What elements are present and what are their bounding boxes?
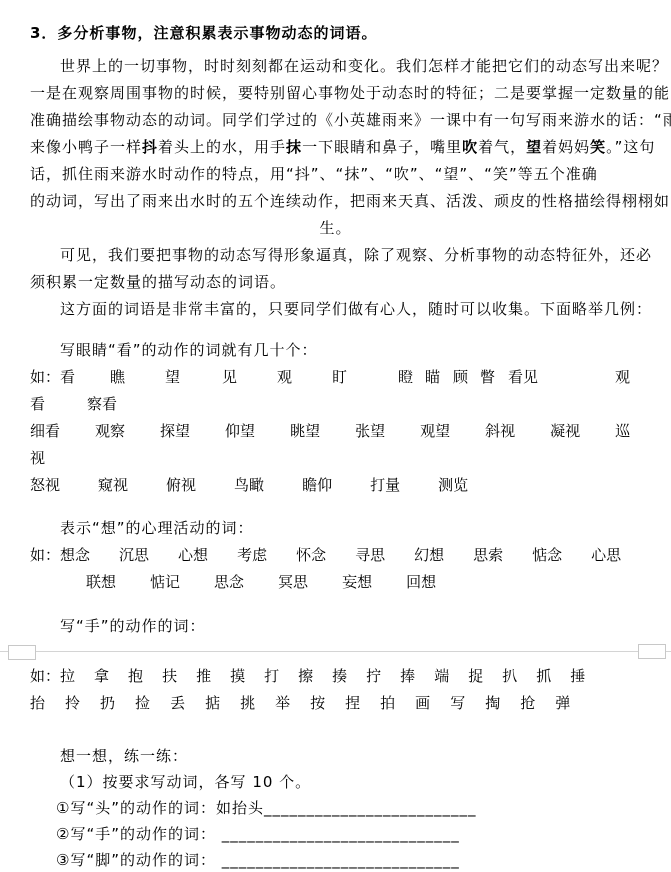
text-line: 来像小鸭子一样抖着头上的水，用手抹一下眼睛和鼻子，嘴里吹着气，望着妈妈笑。”这句 [30, 134, 641, 161]
word: 心思 [591, 542, 621, 569]
section-think-words: 表示“想”的心理活动的词： 如： 想念沉思心想考虑怀念寻思幻想思索惦念心思 联想… [30, 515, 641, 596]
word: 扶 [162, 663, 177, 690]
document-content: 3．多分析事物，注意积累表示事物动态的词语。 世界上的一切事物，时时刻刻都在运动… [0, 0, 671, 872]
word: 端 [434, 663, 449, 690]
hand-word-rows: 如： 拉拿抱扶推摸打擦揍拧捧端捉扒抓捶 抬拎扔捡丢掂挑举按捏拍画写掏抢弹 [30, 663, 641, 717]
word: 按 [310, 690, 325, 717]
section-see-words: 写眼睛“看”的动作的词就有几十个： 如： 看瞧望见观盯瞪瞄顾瞥看见观 看察看 细… [30, 337, 641, 499]
document-page: 3．多分析事物，注意积累表示事物动态的词语。 世界上的一切事物，时时刻刻都在运动… [0, 0, 671, 872]
text-line: 可见，我们要把事物的动态写得形象逼真，除了观察、分析事物的动态特征外，还必 [30, 242, 641, 269]
word: 视 [30, 445, 45, 472]
word: 弹 [555, 690, 570, 717]
word: 沉思 [119, 542, 149, 569]
word: 抬 [30, 690, 45, 717]
word: 瞻仰 [302, 472, 332, 499]
word: 想念 [60, 542, 90, 569]
word: 惦记 [150, 569, 180, 596]
word: 见 [222, 364, 277, 391]
word: 幻想 [414, 542, 444, 569]
word: 妄想 [342, 569, 372, 596]
word: 张望 [355, 418, 385, 445]
word: 凝视 [550, 418, 580, 445]
word: 瞄 [425, 364, 453, 391]
word: 观 [277, 364, 332, 391]
word-list: 怒视窥视俯视鸟瞰瞻仰打量测览 [30, 472, 468, 499]
word: 心想 [178, 542, 208, 569]
word: 写 [450, 690, 465, 717]
word: 窥视 [98, 472, 128, 499]
word: 瞥 [480, 364, 508, 391]
word: 推 [196, 663, 211, 690]
word: 细看 [30, 418, 60, 445]
text-line: 的动词，写出了雨来出水时的五个连续动作，把雨来天真、活泼、顽皮的性格描绘得栩栩如 [30, 188, 641, 215]
word: 怒视 [30, 472, 60, 499]
word: 看见 [508, 364, 615, 391]
word-list: 拉拿抱扶推摸打擦揍拧捧端捉扒抓捶 [60, 663, 585, 690]
word-list: 抬拎扔捡丢掂挑举按捏拍画写掏抢弹 [30, 690, 570, 717]
text-line: 准确描绘事物动态的动词。同学们学过的《小英雄雨来》一课中有一句写雨来游水的话：“… [30, 107, 641, 134]
word: 拧 [366, 663, 381, 690]
word: 擦 [298, 663, 313, 690]
word-row: 抬拎扔捡丢掂挑举按捏拍画写掏抢弹 [30, 690, 641, 717]
word: 瞧 [110, 364, 165, 391]
word-row: 看察看 [30, 391, 641, 418]
word: 俯视 [166, 472, 196, 499]
text-line: 须积累一定数量的描写动态的词语。 [30, 269, 641, 296]
word-list: 联想惦记思念冥思妄想回想 [86, 569, 436, 596]
word: 望 [165, 364, 222, 391]
word: 画 [415, 690, 430, 717]
word: 顾 [453, 364, 480, 391]
section-hand-words: 写“手”的动作的词： 如： 拉拿抱扶推摸打擦揍拧捧端捉扒抓捶 抬拎扔捡丢掂挑举按… [30, 613, 641, 717]
word: 掏 [485, 690, 500, 717]
word: 观 [615, 364, 630, 391]
word: 拎 [65, 690, 80, 717]
word: 抱 [128, 663, 143, 690]
word: 打量 [370, 472, 400, 499]
word-row: 如： 拉拿抱扶推摸打擦揍拧捧端捉扒抓捶 [30, 663, 641, 690]
word-list: 视 [30, 445, 641, 472]
word: 鸟瞰 [234, 472, 264, 499]
paragraph-collect: 这方面的词语是非常丰富的，只要同学们做有心人，随时可以收集。下面略举几例： [30, 296, 641, 323]
word: 掂 [205, 690, 220, 717]
word: 考虑 [237, 542, 267, 569]
word: 思念 [214, 569, 244, 596]
practice-section: 想一想，练一练： （1）按要求写动词，各写 10 个。 ①写“头”的动作的词：如… [30, 743, 641, 872]
word-list: 看瞧望见观盯瞪瞄顾瞥看见观 [60, 364, 641, 391]
word: 拍 [380, 690, 395, 717]
word-row: 怒视窥视俯视鸟瞰瞻仰打量测览 [30, 472, 641, 499]
word: 联想 [86, 569, 116, 596]
section-hand-header: 写“手”的动作的词： [30, 613, 641, 640]
practice-item-head: ①写“头”的动作的词：如抬头_________________________ [30, 795, 641, 821]
word: 摸 [230, 663, 245, 690]
row-prefix: 如： [30, 364, 60, 391]
word: 捡 [135, 690, 150, 717]
section-see-header: 写眼睛“看”的动作的词就有几十个： [30, 337, 641, 364]
word: 丢 [170, 690, 185, 717]
word-row: 视 [30, 445, 641, 472]
word-list: 细看观察探望仰望眺望张望观望斜视凝视巡 [30, 418, 630, 445]
word: 测览 [438, 472, 468, 499]
text-line: 话，抓住雨来游水时动作的特点，用“抖”、“抹”、“吹”、“望”、“笑”等五个准确 [30, 161, 641, 188]
word: 扒 [502, 663, 517, 690]
word: 盯 [332, 364, 398, 391]
word: 抢 [520, 690, 535, 717]
word: 观察 [95, 418, 125, 445]
word: 探望 [160, 418, 190, 445]
word: 挑 [240, 690, 255, 717]
text-line: 一是在观察周围事物的时候，要特别留心事物处于动态时的特征；二是要掌握一定数量的能 [30, 80, 641, 107]
practice-item-hand: ②写“手”的动作的词： ____________________________ [30, 821, 641, 847]
page-break-left-tab [8, 645, 36, 660]
word: 瞪 [398, 364, 425, 391]
word: 寻思 [355, 542, 385, 569]
word: 惦念 [532, 542, 562, 569]
word-row: 如： 看瞧望见观盯瞪瞄顾瞥看见观 [30, 364, 641, 391]
text-line: 生。 [30, 215, 641, 242]
word: 捧 [400, 663, 415, 690]
row-prefix: 如： [30, 663, 60, 690]
section-think-header: 表示“想”的心理活动的词： [30, 515, 641, 542]
word-list: 想念沉思心想考虑怀念寻思幻想思索惦念心思 [60, 542, 621, 569]
word: 斜视 [485, 418, 515, 445]
word: 捉 [468, 663, 483, 690]
word: 看 [60, 364, 110, 391]
page-title: 3．多分析事物，注意积累表示事物动态的词语。 [30, 20, 641, 47]
page-break-line [0, 651, 671, 652]
word: 拉 [60, 663, 75, 690]
practice-title: 想一想，练一练： [30, 743, 641, 769]
word-list: 看察看 [30, 391, 117, 418]
word-row: 如： 想念沉思心想考虑怀念寻思幻想思索惦念心思 [30, 542, 641, 569]
word: 仰望 [225, 418, 255, 445]
word: 拿 [94, 663, 109, 690]
word: 扔 [100, 690, 115, 717]
word: 抓 [536, 663, 551, 690]
word: 举 [275, 690, 290, 717]
text-line: 这方面的词语是非常丰富的，只要同学们做有心人，随时可以收集。下面略举几例： [30, 296, 641, 323]
word: 回想 [406, 569, 436, 596]
word: 打 [264, 663, 279, 690]
paragraph-intro: 世界上的一切事物，时时刻刻都在运动和变化。我们怎样才能把它们的动态写出来呢？一是… [30, 53, 641, 242]
word: 巡 [615, 418, 630, 445]
word: 观望 [420, 418, 450, 445]
word: 眺望 [290, 418, 320, 445]
word: 怀念 [296, 542, 326, 569]
practice-item-foot: ③写“脚”的动作的词： ____________________________ [30, 847, 641, 872]
word: 捏 [345, 690, 360, 717]
word-row: 联想惦记思念冥思妄想回想 [30, 569, 641, 596]
word: 捶 [570, 663, 585, 690]
text-line: 世界上的一切事物，时时刻刻都在运动和变化。我们怎样才能把它们的动态写出来呢？ [30, 53, 641, 80]
word-row: 细看观察探望仰望眺望张望观望斜视凝视巡 [30, 418, 641, 445]
word: 看 [30, 391, 87, 418]
row-prefix: 如： [30, 542, 60, 569]
paragraph-conclusion: 可见，我们要把事物的动态写得形象逼真，除了观察、分析事物的动态特征外，还必须积累… [30, 242, 641, 296]
word: 察看 [87, 391, 117, 418]
word: 揍 [332, 663, 347, 690]
word: 冥思 [278, 569, 308, 596]
page-break-right-tab [638, 644, 666, 659]
practice-instruction: （1）按要求写动词，各写 10 个。 [30, 769, 641, 795]
word: 思索 [473, 542, 503, 569]
